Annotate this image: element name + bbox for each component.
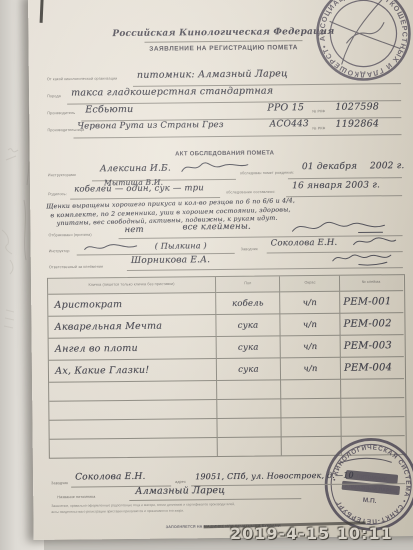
fine-print-line: Заявление, правильно оформленные родосло…	[51, 503, 235, 508]
dam-code: АСО443	[269, 119, 309, 129]
table-row-color: ч/п	[281, 358, 341, 381]
born-label: обследован помет рождения:	[240, 171, 294, 175]
camera-timestamp: 2019-4-15 10:11	[230, 524, 393, 543]
dam-rkf-label: № РКФ	[312, 127, 325, 131]
sire-value: Есбьюти	[85, 104, 133, 116]
table-row-name: Ангел во плоти	[49, 337, 217, 361]
empty-row-cell	[49, 400, 217, 421]
footer-address: 19051, СПб, ул. Новостроек, д.—10	[195, 471, 354, 482]
empty-row-cell	[341, 398, 404, 418]
sig-instructor-label: Инструктор	[49, 250, 70, 254]
litter-count: кобелей — один, сук — три	[74, 183, 204, 194]
instructor-signature-2	[81, 240, 141, 255]
table-row-brand: РЕМ-003	[341, 335, 404, 358]
sire-rkf-number: 1027598	[335, 101, 379, 112]
act-instructor-label: Инструкторами	[48, 174, 76, 178]
registration-form-page: Российская Кинологическая Федерация ЗАЯВ…	[28, 0, 413, 540]
empty-row-cell	[50, 438, 218, 458]
association-stamp: • АССОЦИАЦИЯ • ЖЕСТКОШЕРСТНЫХ И ГЛАДКОШЕ…	[300, 0, 413, 97]
tattoo-label: Ответственный за клеймение	[49, 265, 103, 269]
puppies-table: Кличка (пишется только кличка без приста…	[47, 274, 407, 459]
empty-row-cell	[217, 380, 281, 400]
table-header-name: Кличка (пишется только кличка без приста…	[48, 277, 216, 295]
sire-label: Производитель	[47, 112, 75, 116]
sire-rkf-label: № РКФ	[312, 110, 325, 114]
empty-row-cell	[281, 380, 341, 400]
table-row-sex: кобель	[216, 292, 280, 315]
breeder-signature	[351, 234, 399, 249]
empty-row-cell	[49, 419, 217, 440]
born-year: 2002 г.	[370, 161, 405, 171]
examined-date: 16 января 2003 г.	[292, 180, 380, 191]
breed-label: Порода	[47, 95, 61, 99]
table-header-brand: № клейма	[340, 275, 403, 292]
table-row-brand: РЕМ-004	[341, 357, 404, 380]
examined-label: обследование составлено:	[226, 190, 276, 194]
footer-address-label: адрес	[175, 480, 186, 484]
empty-row-cell	[217, 418, 281, 438]
table-row-name: Ах, Какие Глазки!	[49, 359, 217, 383]
sig-instructor-name: ( Пылкина )	[155, 241, 207, 251]
table-header-sex: Пол	[216, 276, 280, 293]
table-header-color: Окрас	[280, 276, 340, 293]
tattoo-signature	[329, 248, 395, 267]
table-row-name: Акварельная Мечта	[48, 315, 216, 339]
footer-breeder-label: Заводчик	[51, 482, 68, 486]
table-row-color: ч/п	[280, 292, 340, 315]
empty-row-cell	[218, 437, 282, 456]
rule-line	[288, 177, 402, 179]
table-row-sex: сука	[217, 358, 281, 381]
culled-value: нет	[124, 225, 143, 235]
kennel-name-label: Название питомника	[57, 495, 95, 499]
rule-line	[74, 134, 402, 138]
rule-line	[127, 267, 403, 271]
header-underline	[145, 40, 303, 43]
org-label: От какой кинологической организации	[47, 77, 117, 81]
act-instructor-name: Алексина И.Б.	[100, 164, 171, 175]
fine-print-line: акты свидетельства о регистрации пристав…	[51, 509, 184, 514]
photo-of-document: Российская Кинологическая Федерация ЗАЯВ…	[0, 0, 413, 550]
litter-label: Родилось:	[48, 193, 67, 197]
kennel-name-value: Алмазный Ларец	[135, 485, 225, 497]
empty-row-cell	[49, 381, 217, 402]
kennel-stamp-mp: М.П.	[362, 497, 376, 505]
empty-row-cell	[341, 379, 404, 399]
empty-row-cell	[281, 399, 341, 419]
sig-breeder-name: Соколова Е.Н.	[271, 238, 338, 249]
photo-artifact-mark	[40, 0, 44, 23]
breed-value: такса гладкошерстная стандартная	[71, 85, 273, 98]
dam-value: Червона Рута из Страны Грез	[77, 120, 223, 132]
table-row-brand: РЕМ-001	[340, 291, 403, 314]
culled-label: Отбраковано (причина)	[49, 233, 92, 237]
born-date: 01 декабря	[302, 162, 357, 173]
rule-line	[129, 498, 301, 501]
table-row-sex: сука	[216, 314, 280, 337]
empty-row-cell	[217, 399, 281, 419]
table-row-sex: сука	[217, 336, 281, 359]
culled-note: все клеймены.	[182, 222, 250, 233]
dam-rkf-number: 1192864	[335, 118, 379, 129]
table-row-name: Аристократ	[48, 293, 216, 317]
sig-breeder-label: Заводчик	[241, 248, 258, 252]
table-row-brand: РЕМ-002	[340, 313, 403, 336]
table-row-color: ч/п	[281, 336, 341, 359]
tattoo-name: Шорникова Е.А.	[131, 255, 210, 266]
org-value: питомник: Алмазный Ларец	[137, 68, 288, 81]
table-row-color: ч/п	[280, 314, 340, 337]
sire-code: РРО 15	[267, 102, 304, 113]
footer-breeder-name: Соколова Е.Н.	[75, 472, 146, 483]
